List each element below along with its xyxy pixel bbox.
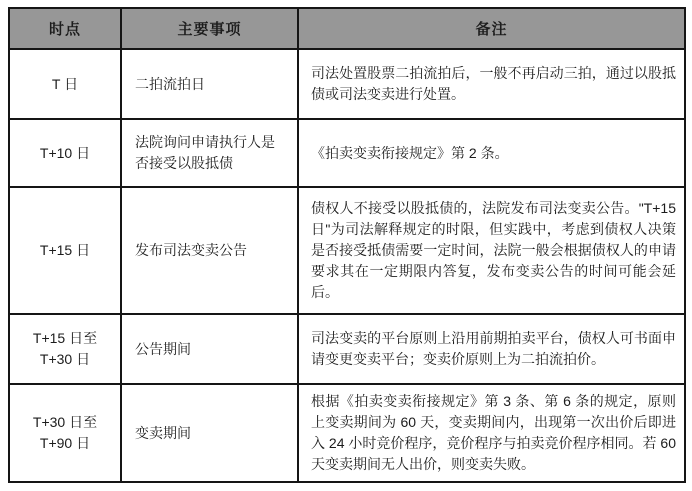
cell-event: 变卖期间	[121, 384, 298, 482]
cell-time: T+15 日	[9, 187, 121, 314]
header-time: 时点	[9, 8, 121, 49]
cell-event: 二拍流拍日	[121, 49, 298, 119]
cell-note: 债权人不接受以股抵债的，法院发布司法变卖公告。"T+15 日"为司法解释规定的时…	[298, 187, 685, 314]
table-row: T 日 二拍流拍日 司法处置股票二拍流拍后，一般不再启动三拍，通过以股抵债或司法…	[9, 49, 685, 119]
header-event: 主要事项	[121, 8, 298, 49]
cell-time: T+10 日	[9, 119, 121, 187]
cell-time: T 日	[9, 49, 121, 119]
cell-event: 公告期间	[121, 314, 298, 384]
table-row: T+30 日至 T+90 日 变卖期间 根据《拍卖变卖衔接规定》第 3 条、第 …	[9, 384, 685, 482]
cell-note: 根据《拍卖变卖衔接规定》第 3 条、第 6 条的规定，原则上变卖期间为 60 天…	[298, 384, 685, 482]
cell-note: 《拍卖变卖衔接规定》第 2 条。	[298, 119, 685, 187]
header-note: 备注	[298, 8, 685, 49]
table-row: T+15 日 发布司法变卖公告 债权人不接受以股抵债的，法院发布司法变卖公告。"…	[9, 187, 685, 314]
timeline-table: 时点 主要事项 备注 T 日 二拍流拍日 司法处置股票二拍流拍后，一般不再启动三…	[8, 7, 686, 483]
table-row: T+15 日至 T+30 日 公告期间 司法变卖的平台原则上沿用前期拍卖平台，债…	[9, 314, 685, 384]
table-header-row: 时点 主要事项 备注	[9, 8, 685, 49]
cell-event: 法院询问申请执行人是否接受以股抵债	[121, 119, 298, 187]
table-row: T+10 日 法院询问申请执行人是否接受以股抵债 《拍卖变卖衔接规定》第 2 条…	[9, 119, 685, 187]
cell-event: 发布司法变卖公告	[121, 187, 298, 314]
cell-time: T+30 日至 T+90 日	[9, 384, 121, 482]
page: 时点 主要事项 备注 T 日 二拍流拍日 司法处置股票二拍流拍后，一般不再启动三…	[0, 0, 692, 491]
cell-time: T+15 日至 T+30 日	[9, 314, 121, 384]
cell-note: 司法变卖的平台原则上沿用前期拍卖平台，债权人可书面申请变更变卖平台；变卖价原则上…	[298, 314, 685, 384]
cell-note: 司法处置股票二拍流拍后，一般不再启动三拍，通过以股抵债或司法变卖进行处置。	[298, 49, 685, 119]
